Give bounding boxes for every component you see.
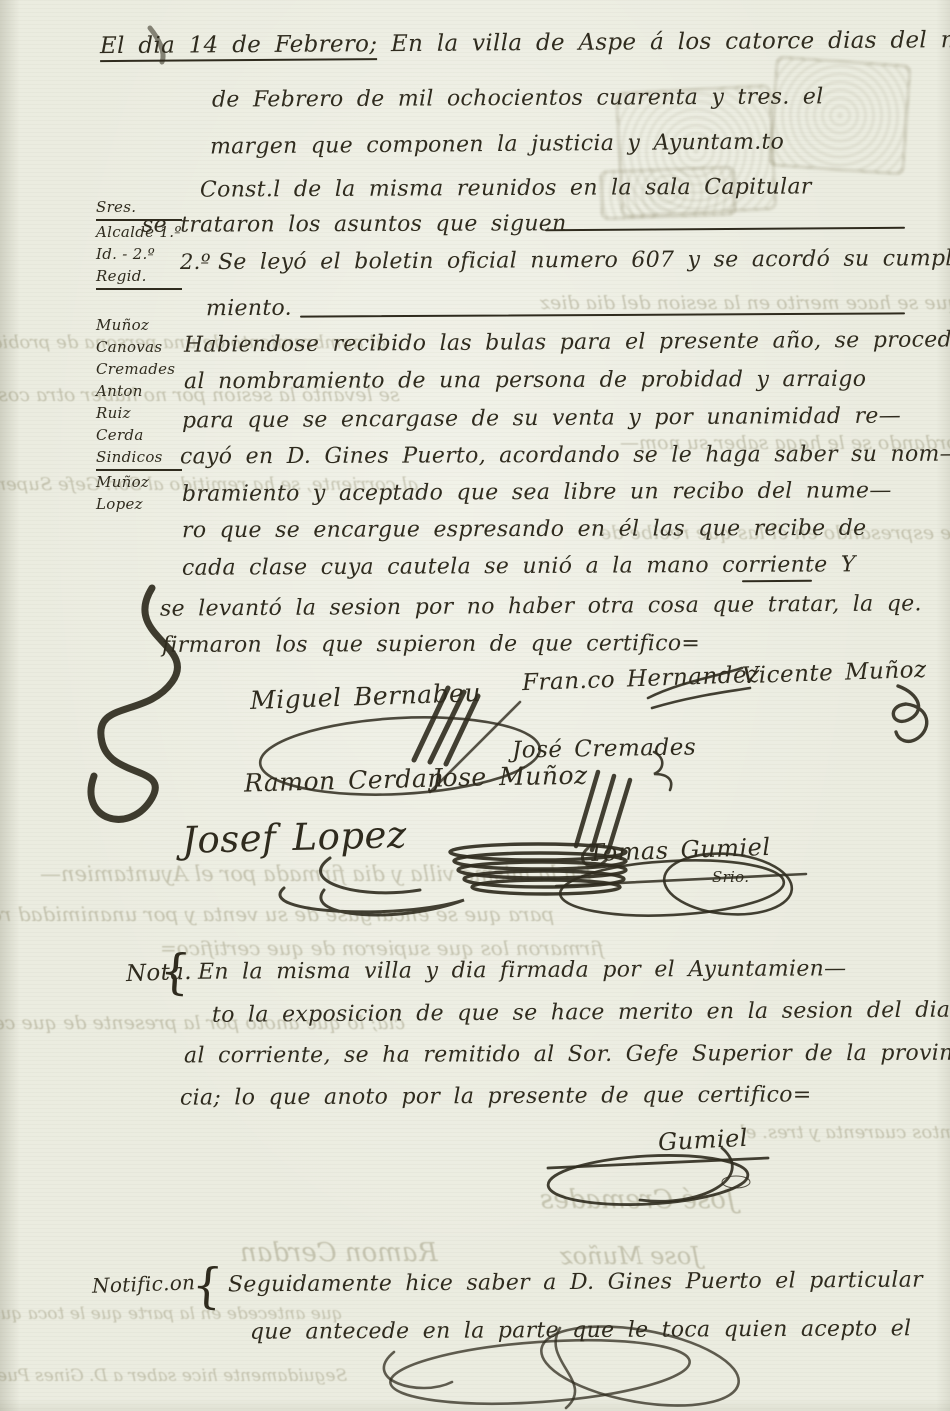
- body-line: se levantó la sesion por no haber otra c…: [160, 591, 922, 621]
- bleed-through-line: Seguidamente hice saber a D. Gines Puert…: [0, 1366, 347, 1386]
- rubric-nota-gumiel-blob: [722, 1176, 750, 1188]
- signature-name: Josef Lopez: [181, 813, 407, 862]
- body-line: cayó en D. Gines Puerto, acordando se le…: [180, 442, 950, 470]
- rubric-nota-gumiel: [640, 1148, 732, 1201]
- signature-name: Vicente Muñoz: [742, 657, 927, 689]
- item-number: 2.º: [180, 250, 211, 274]
- margin-item: Alcalde 1.º: [96, 221, 182, 243]
- bleed-through-signature: Jose Muñoz: [560, 1242, 701, 1270]
- bleed-through-line: to la exposicion de que se hace merito e…: [540, 292, 950, 314]
- bleed-through-signature: José Cremades: [540, 1185, 736, 1215]
- opening-line: de Febrero de mil ochocientos cuarenta y…: [212, 84, 824, 112]
- margin-item: Cerda: [96, 424, 182, 446]
- nota-line: al corriente, se ha remitido al Sor. Gef…: [184, 1041, 950, 1069]
- agenda-intro-line: se trataron los asuntos que siguen: [142, 211, 567, 237]
- rule-divider: [300, 312, 905, 317]
- rubric-lopez-loop: [280, 858, 464, 915]
- left-flourish: [91, 588, 178, 819]
- signature-name: Fran.co Hernandez: [522, 662, 761, 696]
- nota-line: to la exposicion de que se hace merito e…: [212, 997, 950, 1028]
- notification-line: que antecede en la parte que le toca qui…: [250, 1316, 911, 1344]
- signature-name: Ramon Cerdan: [244, 763, 445, 797]
- margin-item: Sindicos: [96, 446, 182, 471]
- signature-title: Srio.: [712, 868, 749, 886]
- notification-label: Notific.on: [92, 1270, 196, 1298]
- rubric-lopez-spring: [472, 880, 620, 894]
- opening-line: Const.l de la misma reunidos en la sala …: [200, 174, 812, 202]
- nota-line: En la misma villa y dia firmada por el A…: [198, 956, 847, 984]
- notification-brace: {: [190, 1257, 225, 1315]
- margin-item: Ruiz: [96, 402, 182, 424]
- bleed-through-line: firmaron los que supieron de que certifi…: [160, 936, 604, 960]
- body-line: Se leyó el boletin oficial numero 607 y …: [218, 246, 950, 275]
- body-line: miento.: [206, 296, 292, 322]
- nota-signature: Gumiel: [657, 1124, 748, 1157]
- margin-item: Canovas: [96, 336, 182, 358]
- stamp-ghost: [768, 55, 911, 175]
- margin-attendees: Sres. Alcalde 1.º Id. - 2.º Regid. Muñoz…: [96, 196, 182, 515]
- signature-name: Jose Muñoz: [432, 761, 588, 793]
- margin-item: Sres.: [96, 196, 182, 221]
- heading-opening: En la villa de Aspe á los catorce dias d…: [391, 27, 950, 57]
- body-line: firmaron los que supieron de que certifi…: [162, 631, 700, 658]
- body-line: Habiendose recibido las bulas para el pr…: [184, 327, 950, 358]
- signature-name: Miguel Bernabeu: [250, 678, 482, 715]
- margin-item: Anton: [96, 380, 182, 402]
- bleed-through-signature: Ramon Cerdan: [240, 1238, 438, 1268]
- rule-underline: [742, 580, 812, 583]
- nota-line: cia; lo que anoto por la presente de que…: [180, 1082, 812, 1110]
- heading-date: El dia 14 de Febrero;: [100, 31, 378, 62]
- rubric-lopez-spring: [464, 871, 624, 887]
- body-line: para que se encargase de su venta y por …: [182, 403, 901, 433]
- bleed-through-line: de Febrero de mil ochocientos cuarenta y…: [740, 1122, 950, 1143]
- body-line: cada clase cuya cautela se unió a la man…: [182, 552, 856, 581]
- body-line: bramiento y aceptado que sea libre un re…: [182, 478, 892, 507]
- rubric-gumiel: [556, 874, 806, 886]
- margin-item: Cremades: [96, 358, 182, 380]
- body-line: ro que se encargue espresando en él las …: [182, 516, 867, 543]
- signature-name: Tomas Gumiel: [588, 833, 771, 867]
- bleed-through-line: En la misma villa y dia firmada por el A…: [40, 862, 593, 886]
- margin-item: Lopez: [96, 493, 182, 515]
- margin-item: Muñoz: [96, 314, 182, 336]
- margin-item: Regid.: [96, 265, 182, 290]
- rubric-vicente: [893, 686, 926, 741]
- signature-name: José Cremades: [512, 734, 697, 763]
- notification-line: Seguidamente hice saber a D. Gines Puert…: [228, 1268, 923, 1298]
- rule-divider: [545, 227, 905, 232]
- rubric-nota-gumiel: [548, 1158, 768, 1168]
- bleed-through-line: para que se encargase de su venta y por …: [0, 902, 554, 926]
- margin-item: Id. - 2.º: [96, 243, 182, 265]
- nota-brace: {: [158, 943, 193, 1001]
- body-line: al nombramiento de una persona de probid…: [184, 367, 866, 394]
- manuscript-page: to la exposicion de que se hace merito e…: [0, 0, 950, 1411]
- margin-item: Muñoz: [96, 471, 182, 493]
- opening-line: margen que componen la justicia y Ayunta…: [210, 129, 784, 159]
- rubric-nota-gumiel: [547, 1151, 749, 1209]
